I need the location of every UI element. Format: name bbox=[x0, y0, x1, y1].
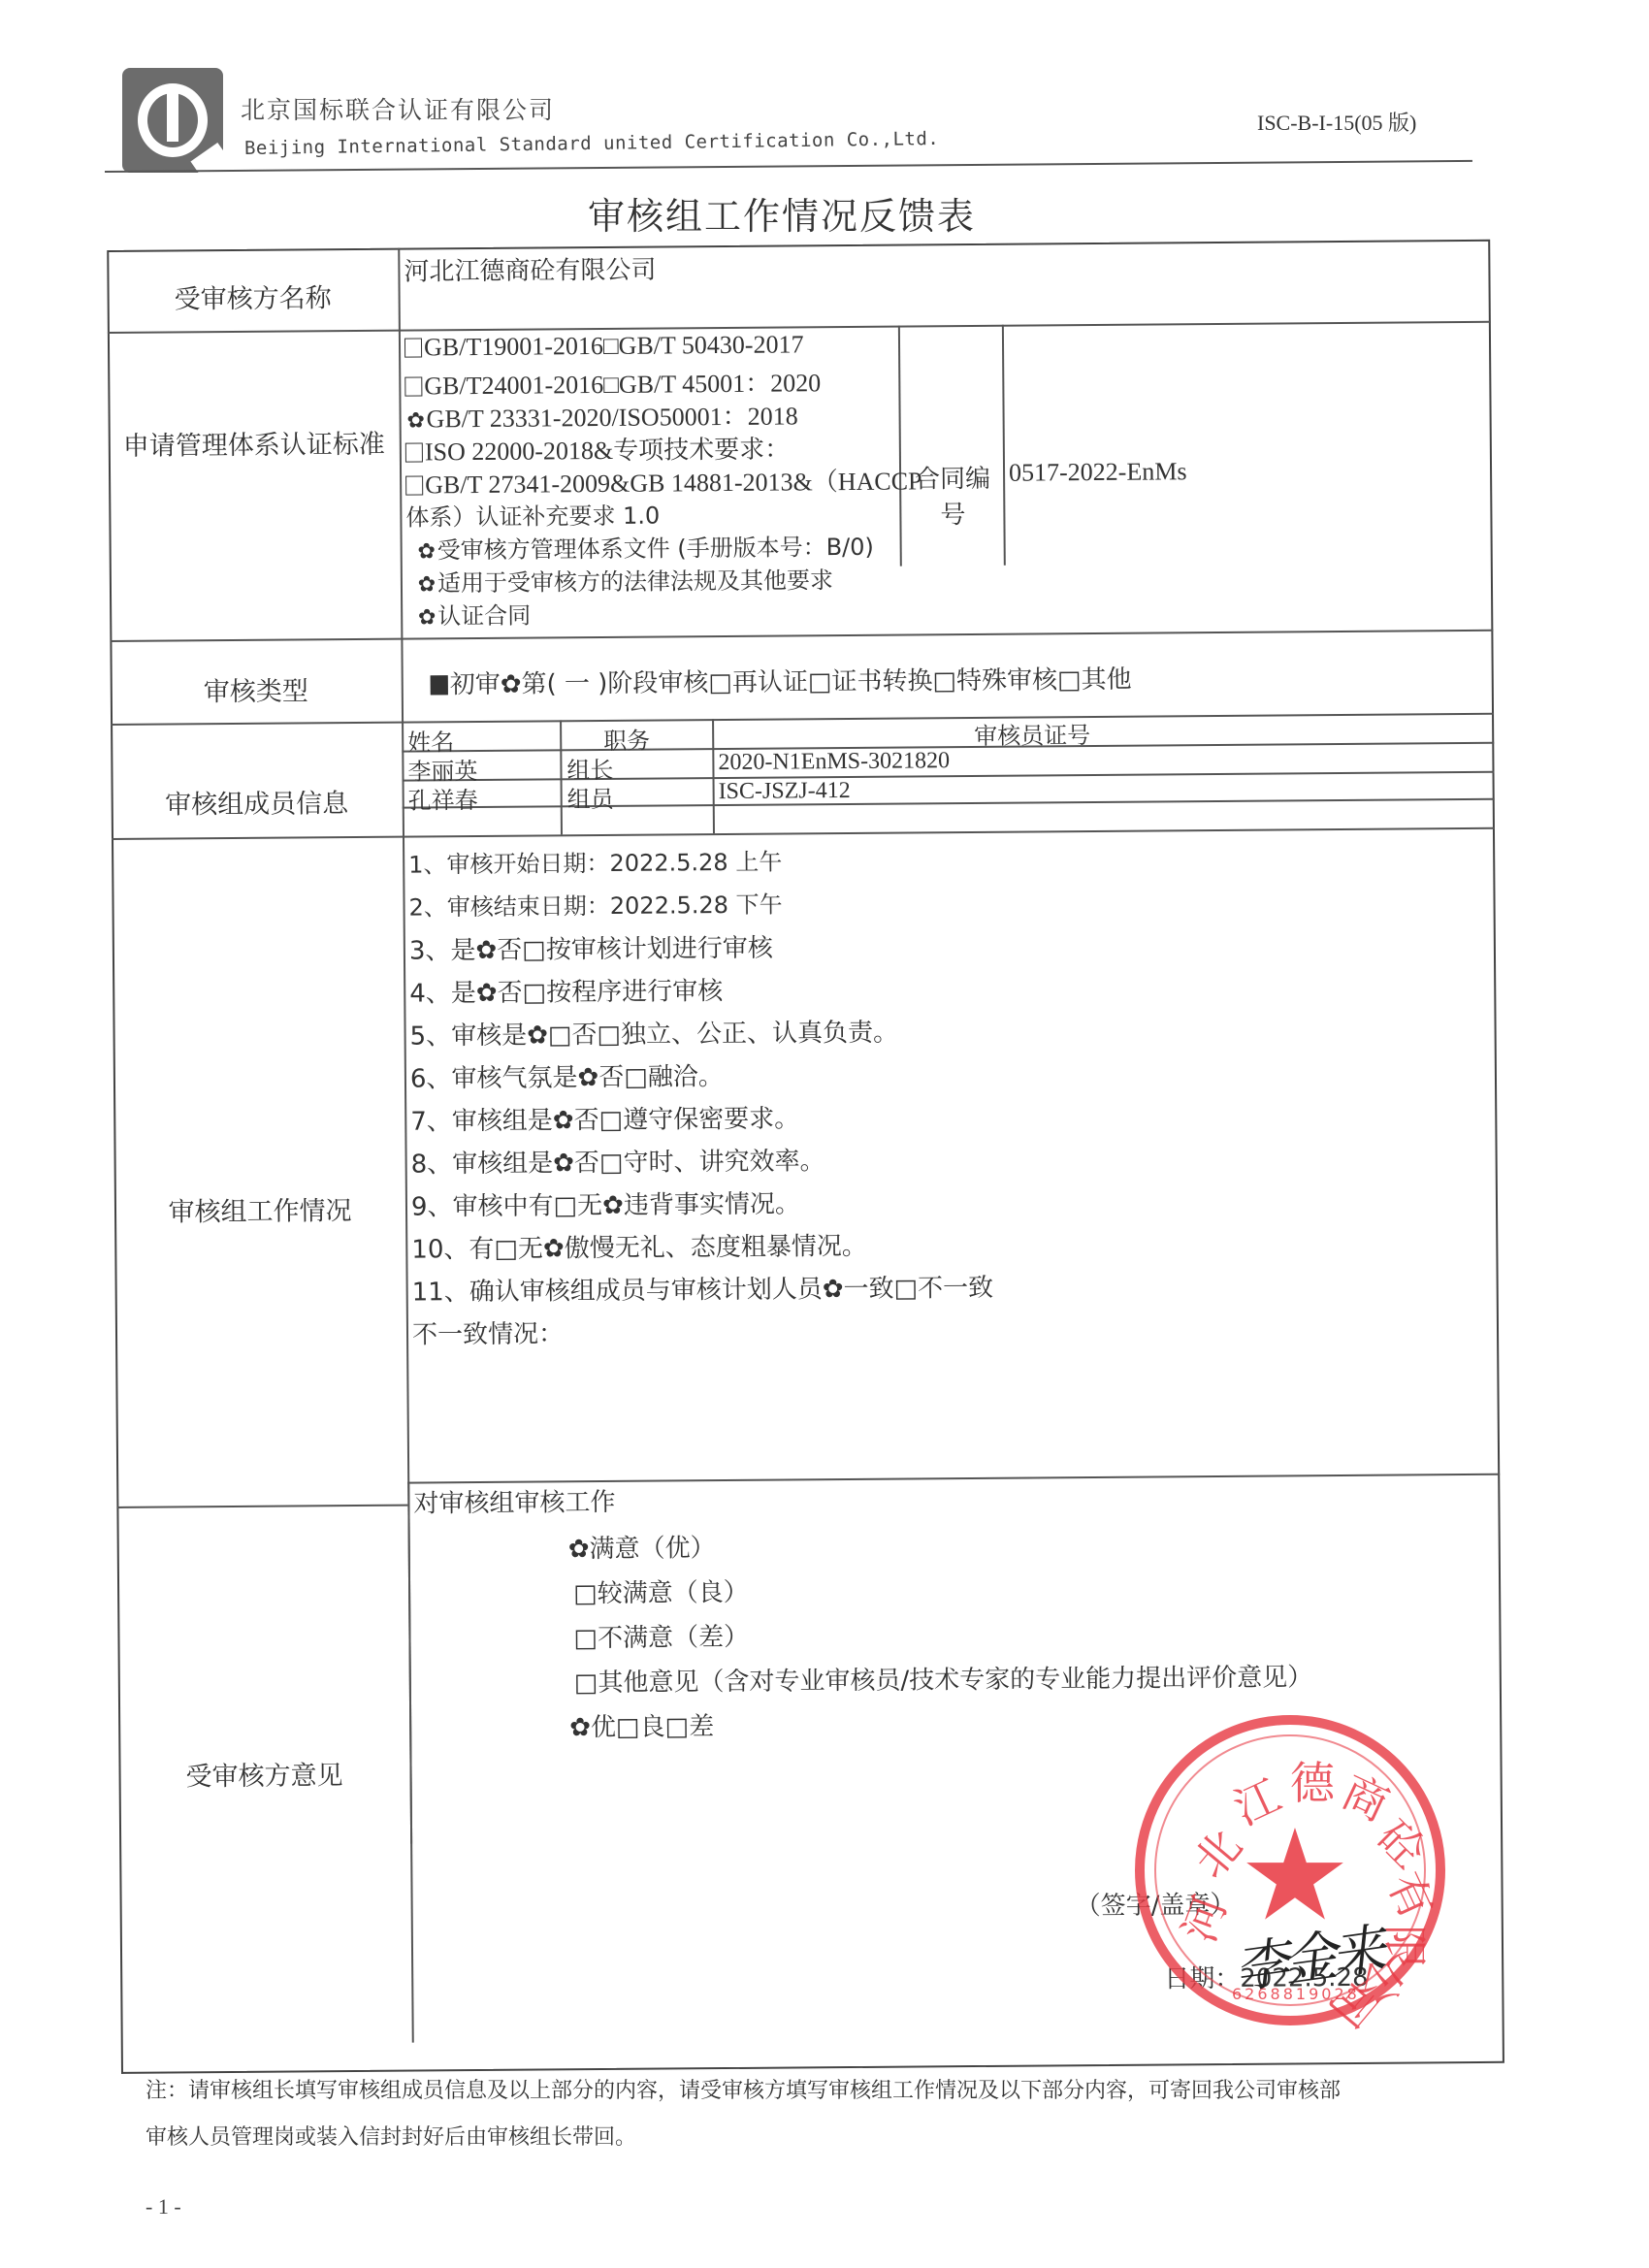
opinion-option-satisfied: ✿满意（优） bbox=[568, 1528, 716, 1565]
footer-note-line-1: 注：请审核组长填写审核组成员信息及以上部分的内容，请受审核方填写审核组工作情况及… bbox=[145, 2074, 1341, 2104]
checkbox-filled-icon bbox=[431, 675, 448, 695]
work-item-3: 3、是✿否□按审核计划进行审核 bbox=[409, 928, 773, 967]
work-label: 审核组工作情况 bbox=[114, 1189, 405, 1229]
auditee-label: 受审核方名称 bbox=[107, 270, 398, 330]
standard-line-7: ✿受审核方管理体系文件 (手册版本号：B/0) bbox=[416, 528, 874, 566]
audit-type-options: 初审✿第( 一 )阶段审核□再认证□证书转换□特殊审核□其他 bbox=[431, 660, 1132, 701]
page-number: - 1 - bbox=[145, 2194, 181, 2219]
team-row-1-cert: 2020-N1EnMS-3021820 bbox=[718, 748, 950, 776]
standard-line-5: GB/T 27341-2009&GB 14881-2013&（HACCP bbox=[405, 461, 922, 501]
form-code: ISC-B-I-15(05 版) bbox=[1257, 107, 1416, 137]
team-row-2-role: 组员 bbox=[567, 780, 614, 814]
checkbox-checked-icon: ✿ bbox=[416, 539, 437, 564]
standards-label: 申请管理体系认证标准 bbox=[109, 423, 400, 463]
work-item-8: 8、审核组是✿否□守时、讲究效率。 bbox=[410, 1141, 824, 1180]
opinion-label: 受审核方意见 bbox=[118, 1754, 409, 1794]
work-item-5: 5、审核是✿□否□独立、公正、认真负责。 bbox=[409, 1013, 898, 1053]
opinion-option-unsatisfied: □不满意（差） bbox=[573, 1617, 749, 1654]
opinion-option-other: □其他意见（含对专业审核员/技术专家的专业能力提出评价意见） bbox=[574, 1657, 1313, 1699]
work-item-11: 11、确认审核组成员与审核计划人员✿一致□不一致 bbox=[412, 1268, 994, 1309]
standard-line-1: GB/T19001-2016□GB/T 50430-2017 bbox=[404, 330, 804, 362]
team-header-cert: 审核员证号 bbox=[974, 716, 1090, 751]
checkbox-checked-icon: ✿ bbox=[405, 407, 427, 433]
team-row-2-name: 孔祥春 bbox=[408, 781, 478, 816]
work-item-6: 6、审核气氛是✿否□融洽。 bbox=[410, 1056, 724, 1095]
checkbox-unchecked-icon bbox=[405, 442, 423, 462]
standard-line-8: ✿适用于受审核方的法律法规及其他要求 bbox=[416, 561, 833, 598]
checkbox-unchecked-icon bbox=[404, 376, 422, 396]
company-logo bbox=[122, 68, 223, 173]
work-item-7: 7、审核组是✿否□遵守保密要求。 bbox=[410, 1098, 799, 1137]
contract-number-value: 0517-2022-EnMs bbox=[1009, 457, 1187, 487]
checkbox-checked-icon: ✿ bbox=[416, 572, 437, 597]
footer-note-line-2: 审核人员管理岗或装入信封封好后由审核组长带回。 bbox=[145, 2121, 636, 2151]
opinion-rating: ✿优□良□差 bbox=[569, 1706, 714, 1743]
company-name-cn: 北京国标联合认证有限公司 bbox=[241, 91, 555, 126]
standard-line-6: 体系）认证补充要求 1.0 bbox=[405, 497, 660, 533]
checkbox-unchecked-icon bbox=[404, 338, 422, 357]
contract-number-label: 合同编号 bbox=[904, 459, 1002, 532]
team-row-2-cert: ISC-JSZJ-412 bbox=[719, 778, 851, 805]
checkbox-checked-icon: ✿ bbox=[416, 605, 437, 630]
work-item-9: 9、审核中有□无✿违背事实情况。 bbox=[411, 1183, 800, 1222]
checkbox-unchecked-icon bbox=[405, 475, 423, 495]
standard-line-9: ✿认证合同 bbox=[416, 597, 531, 632]
work-item-10: 10、有□无✿傲慢无礼、态度粗暴情况。 bbox=[411, 1226, 867, 1266]
team-label: 审核组成员信息 bbox=[112, 782, 403, 822]
work-item-4: 4、是✿否□按程序进行审核 bbox=[409, 971, 723, 1010]
opinion-option-fairly-satisfied: □较满意（良） bbox=[573, 1572, 749, 1609]
inconsistency-label: 不一致情况： bbox=[412, 1313, 564, 1350]
work-item-2: 2、审核结束日期：2022.5.28 下午 bbox=[408, 886, 782, 923]
work-item-1: 1、审核开始日期：2022.5.28 上午 bbox=[408, 843, 782, 880]
opinion-intro: 对审核组审核工作 bbox=[413, 1482, 615, 1520]
company-name-en: Beijing International Standard united Ce… bbox=[244, 128, 940, 159]
audit-type-label: 审核类型 bbox=[111, 669, 402, 709]
header-divider bbox=[105, 160, 1472, 173]
auditee-name: 河北江德商砼有限公司 bbox=[404, 250, 656, 288]
